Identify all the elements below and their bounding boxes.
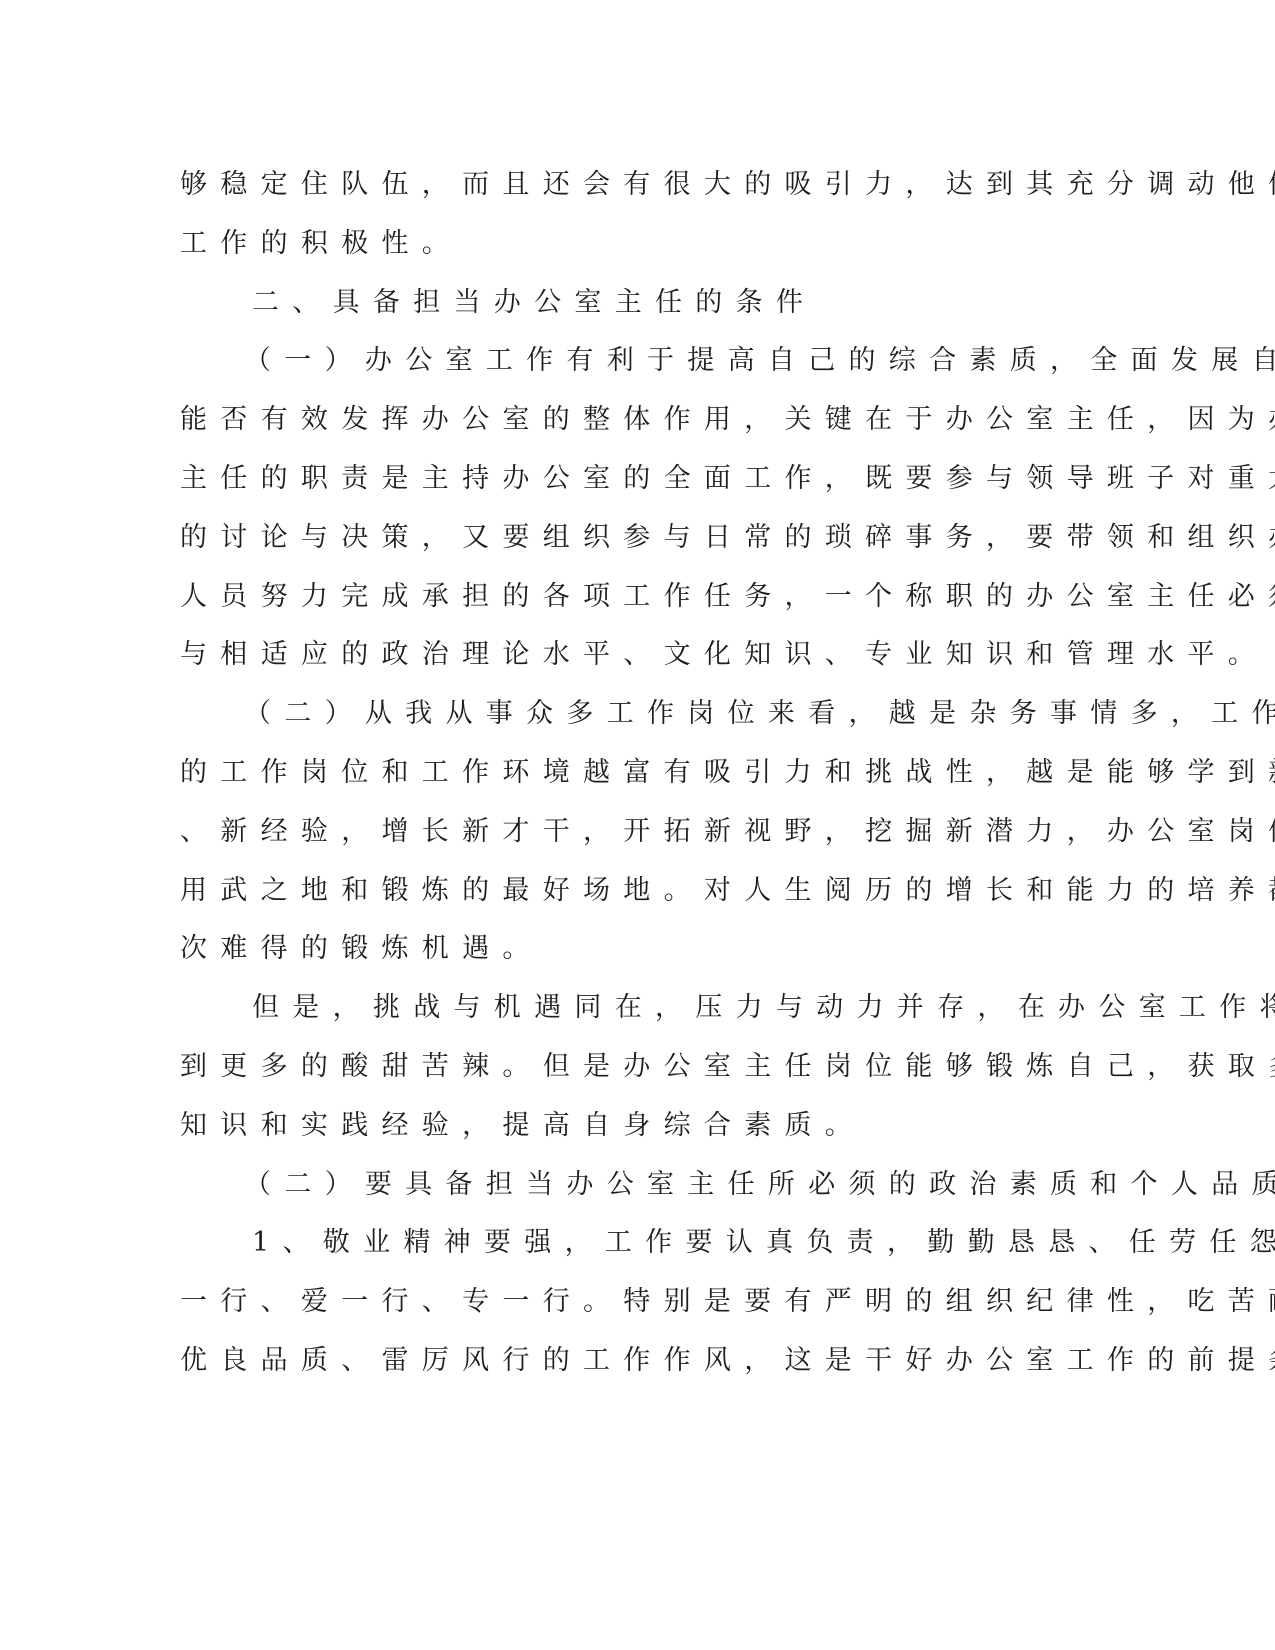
paragraph-line: 优良品质、雷厉风行的工作作风，这是干好办公室工作的前提条件。 — [180, 1332, 1026, 1391]
paragraph-line: 够稳定住队伍，而且还会有很大的吸引力，达到其充分调动他们努力 — [180, 156, 1026, 215]
paragraph-line: 用武之地和锻炼的最好场地。对人生阅历的增长和能力的培养都是一 — [180, 862, 1026, 921]
paragraph-line: 次难得的锻炼机遇。 — [180, 920, 1026, 979]
paragraph-line: 人员努力完成承担的各项工作任务，一个称职的办公室主任必须具备 — [180, 568, 1026, 627]
list-item-line: 1、敬业精神要强，工作要认真负责，勤勤恳恳、任劳任怨、干 — [180, 1214, 1026, 1273]
subsection-heading: （二）要具备担当办公室主任所必须的政治素质和个人品质。 — [180, 1156, 1026, 1215]
paragraph-line: 工作的积极性。 — [180, 215, 1026, 274]
paragraph-line: 的讨论与决策，又要组织参与日常的琐碎事务，要带领和组织办公室 — [180, 509, 1026, 568]
subsection-heading: （二）从我从事众多工作岗位来看，越是杂务事情多，工作烦琐 — [180, 685, 1026, 744]
paragraph-line: 知识和实践经验，提高自身综合素质。 — [180, 1097, 1026, 1156]
paragraph-line: 的工作岗位和工作环境越富有吸引力和挑战性，越是能够学到新知识 — [180, 744, 1026, 803]
subsection-heading: （一）办公室工作有利于提高自己的综合素质，全面发展自己。 — [180, 332, 1026, 391]
paragraph-line: 但是，挑战与机遇同在，压力与动力并存，在办公室工作将会尝 — [180, 979, 1026, 1038]
document-body: 够稳定住队伍，而且还会有很大的吸引力，达到其充分调动他们努力 工作的积极性。 二… — [180, 156, 1026, 1391]
paragraph-line: 到更多的酸甜苦辣。但是办公室主任岗位能够锻炼自己，获取多方面 — [180, 1038, 1026, 1097]
paragraph-line: 、新经验，增长新才干，开拓新视野，挖掘新潜力，办公室岗位就是 — [180, 803, 1026, 862]
paragraph-line: 主任的职责是主持办公室的全面工作，既要参与领导班子对重大问题 — [180, 450, 1026, 509]
paragraph-line: 一行、爱一行、专一行。特别是要有严明的组织纪律性，吃苦耐劳的 — [180, 1273, 1026, 1332]
paragraph-line: 能否有效发挥办公室的整体作用，关键在于办公室主任，因为办公室 — [180, 391, 1026, 450]
paragraph-line: 与相适应的政治理论水平、文化知识、专业知识和管理水平。 — [180, 626, 1026, 685]
section-heading: 二、具备担当办公室主任的条件 — [180, 274, 1026, 333]
document-page: 够稳定住队伍，而且还会有很大的吸引力，达到其充分调动他们努力 工作的积极性。 二… — [0, 0, 1275, 1650]
